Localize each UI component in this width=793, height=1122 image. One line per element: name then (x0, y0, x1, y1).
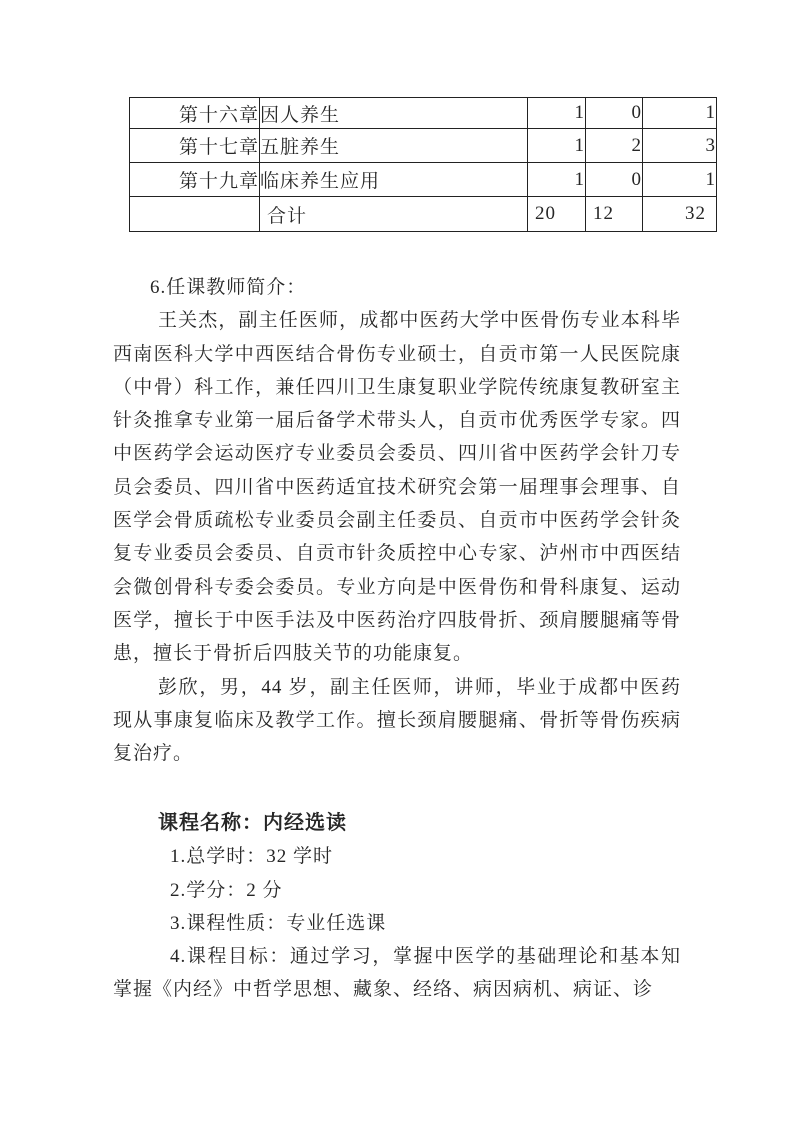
hours-total-cell: 1 (643, 163, 717, 197)
text-line: 4.课程目标：通过学习，掌握中医学的基础理论和基本知识， (113, 940, 681, 973)
text-line: 西南医科大学中西医结合骨伤专业硕士，自贡市第一人民医院康复 (113, 338, 681, 371)
course-item-type: 3.课程性质：专业任选课 (113, 907, 681, 940)
text-line: 王关杰，副主任医师，成都中医药大学中医骨伤专业本科毕业， (113, 304, 681, 337)
text-line: 医学会骨质疏松专业委员会副主任委员、自贡市中医药学会针灸暨康 (113, 504, 681, 537)
chapter-cell (130, 197, 260, 232)
text-line: 员会委员、四川省中医药适宜技术研究会第一届理事会理事、自贡市 (113, 471, 681, 504)
text-line: 复治疗。 (113, 737, 681, 770)
hours-cell: 1 (528, 129, 586, 163)
course-item-credits: 2.学分：2 分 (113, 874, 681, 907)
hours-cell: 2 (586, 129, 643, 163)
course-objective-paragraph: 4.课程目标：通过学习，掌握中医学的基础理论和基本知识，掌握《内经》中哲学思想、… (113, 940, 681, 1007)
text-line: （中骨）科工作，兼任四川卫生康复职业学院传统康复教研室主任， (113, 371, 681, 404)
course-item-total-hours: 1.总学时：32 学时 (113, 840, 681, 873)
course-title: 课程名称：内经选读 (113, 807, 681, 840)
text-line: 患，擅长于骨折后四肢关节的功能康复。 (113, 637, 681, 670)
text-line: 医学，擅长于中医手法及中医药治疗四肢骨折、颈肩腰腿痛等骨科疾 (113, 604, 681, 637)
teacher2-paragraph: 彭欣，男，44 岁，副主任医师，讲师，毕业于成都中医药大学，现从事康复临床及教学… (113, 671, 681, 771)
document-page: 第十六章 因人养生 1 0 1 第十七章 五脏养生 1 2 3 第十九章 临床养… (0, 0, 793, 1122)
text-line: 掌握《内经》中哲学思想、藏象、经络、病因病机、病证、诊法、论 (113, 973, 681, 1006)
table-row: 第十七章 五脏养生 1 2 3 (130, 129, 717, 163)
course-schedule-table: 第十六章 因人养生 1 0 1 第十七章 五脏养生 1 2 3 第十九章 临床养… (129, 97, 717, 232)
total-hours-cell: 12 (586, 197, 643, 232)
chapter-cell: 第十九章 (130, 163, 260, 197)
text-line: 现从事康复临床及教学工作。擅长颈肩腰腿痛、骨折等骨伤疾病的康 (113, 704, 681, 737)
text-line: 针灸推拿专业第一届后备学术带头人，自贡市优秀医学专家。四川省 (113, 404, 681, 437)
chapter-title-cell: 因人养生 (260, 98, 528, 129)
total-label-cell: 合计 (260, 197, 528, 232)
hours-cell: 0 (586, 163, 643, 197)
text-line: 彭欣，男，44 岁，副主任医师，讲师，毕业于成都中医药大学， (113, 671, 681, 704)
chapter-cell: 第十七章 (130, 129, 260, 163)
chapter-title-cell: 临床养生应用 (260, 163, 528, 197)
hours-cell: 1 (528, 98, 586, 129)
chapter-title-cell: 五脏养生 (260, 129, 528, 163)
hours-cell: 1 (528, 163, 586, 197)
grand-total-cell: 32 (643, 197, 717, 232)
text-line: 中医药学会运动医疗专业委员会委员、四川省中医药学会针刀专业委 (113, 437, 681, 470)
table-row: 第十九章 临床养生应用 1 0 1 (130, 163, 717, 197)
course-section: 课程名称：内经选读 1.总学时：32 学时 2.学分：2 分 3.课程性质：专业… (113, 807, 681, 1007)
section-heading: 6.任课教师简介： (113, 271, 681, 304)
chapter-cell: 第十六章 (130, 98, 260, 129)
table-total-row: 合计 20 12 32 (130, 197, 717, 232)
total-hours-cell: 20 (528, 197, 586, 232)
hours-cell: 0 (586, 98, 643, 129)
table-row: 第十六章 因人养生 1 0 1 (130, 98, 717, 129)
teacher-intro-section: 6.任课教师简介： 王关杰，副主任医师，成都中医药大学中医骨伤专业本科毕业，西南… (113, 271, 681, 770)
hours-total-cell: 1 (643, 98, 717, 129)
text-line: 复专业委员会委员、自贡市针灸质控中心专家、泸州市中西医结合学 (113, 537, 681, 570)
text-line: 会微创骨科专委会委员。专业方向是中医骨伤和骨科康复、运动损伤 (113, 571, 681, 604)
hours-total-cell: 3 (643, 129, 717, 163)
teacher1-paragraph: 王关杰，副主任医师，成都中医药大学中医骨伤专业本科毕业，西南医科大学中西医结合骨… (113, 304, 681, 670)
